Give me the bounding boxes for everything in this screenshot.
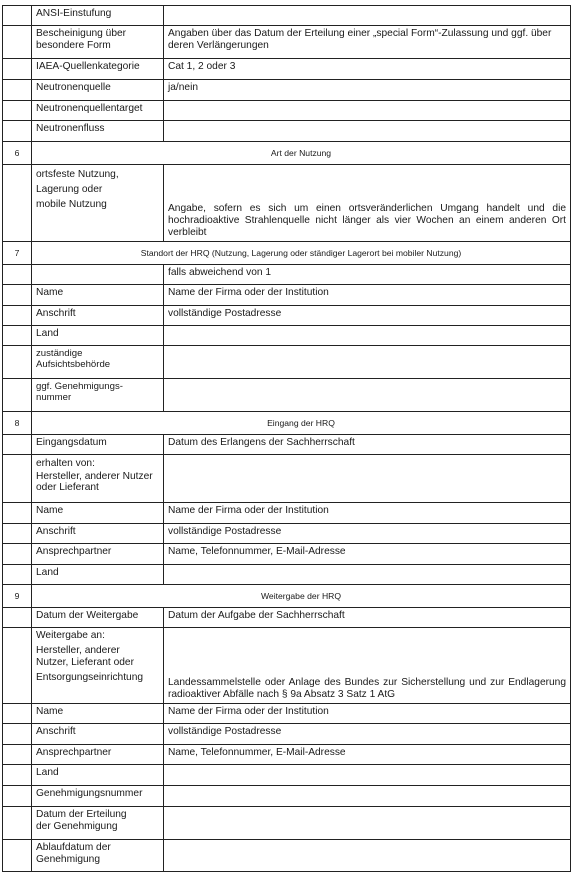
field-label: Ablaufdatum der Genehmigung: [32, 840, 164, 872]
row-neutronenquellentarget: Neutronenquellentarget: [3, 101, 571, 121]
field-label: Anschrift: [32, 524, 164, 544]
label-line: Nutzer, Lieferant oder: [36, 657, 159, 669]
field-value: falls abweichend von 1: [164, 265, 571, 285]
row-weitergabe-ansprechpartner: Ansprechpartner Name, Telefonnummer, E-M…: [3, 745, 571, 765]
row-number: [3, 455, 32, 503]
field-label: Anschrift: [32, 724, 164, 745]
row-number: [3, 121, 32, 142]
field-label: Eingangsdatum: [32, 435, 164, 455]
field-value: Name der Firma oder der Institution: [164, 285, 571, 306]
row-eingang-land: Land: [3, 565, 571, 585]
row-number: [3, 59, 32, 80]
row-number: [3, 840, 32, 872]
row-eingang-name: Name Name der Firma oder der Institution: [3, 503, 571, 524]
field-value: [164, 786, 571, 807]
row-number: [3, 326, 32, 346]
label-line: Lagerung oder: [36, 182, 159, 197]
row-nutzungsart: ortsfeste Nutzung, Lagerung oder mobile …: [3, 165, 571, 242]
row-number: [3, 745, 32, 765]
row-neutronenquelle: Neutronenquelle ja/nein: [3, 80, 571, 101]
row-number: [3, 704, 32, 724]
field-value: [164, 121, 571, 142]
field-label: Neutronenquelle: [32, 80, 164, 101]
field-label: IAEA-Quellenkategorie: [32, 59, 164, 80]
label-line: ggf. Genehmigungs-: [36, 381, 159, 392]
row-number: [3, 101, 32, 121]
row-standort-anschrift: Anschrift vollständige Postadresse: [3, 306, 571, 326]
row-number: [3, 6, 32, 26]
field-label: Genehmigungsnummer: [32, 786, 164, 807]
field-value: vollständige Postadresse: [164, 524, 571, 544]
field-label: ortsfeste Nutzung, Lagerung oder mobile …: [32, 165, 164, 242]
row-neutronenfluss: Neutronenfluss: [3, 121, 571, 142]
field-value: [164, 807, 571, 840]
row-erhalten-von: erhalten von: Hersteller, anderer Nutzer…: [3, 455, 571, 503]
row-number: [3, 724, 32, 745]
field-label: zuständige Aufsichtsbehörde: [32, 346, 164, 379]
field-label: Ansprechpartner: [32, 745, 164, 765]
field-value: Name der Firma oder der Institution: [164, 503, 571, 524]
field-label: Name: [32, 704, 164, 724]
field-value: vollständige Postadresse: [164, 306, 571, 326]
row-number: [3, 807, 32, 840]
field-label: Land: [32, 326, 164, 346]
field-value: [164, 840, 571, 872]
field-label: Bescheinigung über besondere Form: [32, 26, 164, 59]
label-line: zuständige: [36, 348, 159, 359]
field-value: Name der Firma oder der Institution: [164, 704, 571, 724]
field-label: Land: [32, 565, 164, 585]
field-label: Weitergabe an: Hersteller, anderer Nutze…: [32, 628, 164, 704]
label-line: Bescheinigung über: [36, 28, 159, 40]
row-weitergabe-anschrift: Anschrift vollständige Postadresse: [3, 724, 571, 745]
section-title: Eingang der HRQ: [32, 412, 571, 435]
row-eingang-ansprechpartner: Ansprechpartner Name, Telefonnummer, E-M…: [3, 544, 571, 565]
section-header-6: 6 Art der Nutzung: [3, 142, 571, 165]
row-number: [3, 80, 32, 101]
label-line: Datum der Erteilung: [36, 809, 159, 821]
field-value: [164, 101, 571, 121]
hrq-form-table: ANSI-Einstufung Bescheinigung über beson…: [2, 5, 571, 872]
label-line: nummer: [36, 392, 159, 403]
label-line: ortsfeste Nutzung,: [36, 167, 159, 182]
row-number: [3, 524, 32, 544]
field-value: Name, Telefonnummer, E-Mail-Adresse: [164, 544, 571, 565]
row-weitergabe-name: Name Name der Firma oder der Institution: [3, 704, 571, 724]
row-ansi: ANSI-Einstufung: [3, 6, 571, 26]
field-value: [164, 6, 571, 26]
row-iaea: IAEA-Quellenkategorie Cat 1, 2 oder 3: [3, 59, 571, 80]
row-standort-name: Name Name der Firma oder der Institution: [3, 285, 571, 306]
label-line: erhalten von:: [36, 457, 159, 470]
field-value: [164, 379, 571, 412]
field-value: Angaben über das Datum der Erteilung ein…: [164, 26, 571, 59]
row-weitergabe-datum: Datum der Weitergabe Datum der Aufgabe d…: [3, 608, 571, 628]
label-line: besondere Form: [36, 40, 159, 52]
row-number: [3, 565, 32, 585]
row-number: [3, 26, 32, 59]
row-erteilung-genehmigung: Datum der Erteilung der Genehmigung: [3, 807, 571, 840]
label-line: der Genehmigung: [36, 821, 159, 833]
field-value: [164, 765, 571, 786]
section-number: 7: [3, 242, 32, 265]
field-value: [164, 455, 571, 503]
row-number: [3, 379, 32, 412]
section-title: Art der Nutzung: [32, 142, 571, 165]
field-label: Ansprechpartner: [32, 544, 164, 565]
field-label: Name: [32, 503, 164, 524]
row-number: [3, 544, 32, 565]
field-value: Datum des Erlangens der Sachherrschaft: [164, 435, 571, 455]
label-line: mobile Nutzung: [36, 197, 159, 212]
row-number: [3, 346, 32, 379]
row-weitergabe-land: Land: [3, 765, 571, 786]
field-value: Landessammelstelle oder Anlage des Bunde…: [164, 628, 571, 704]
section-number: 6: [3, 142, 32, 165]
field-label: ggf. Genehmigungs- nummer: [32, 379, 164, 412]
row-number: [3, 786, 32, 807]
label-line: Hersteller, anderer: [36, 645, 159, 657]
row-number: [3, 165, 32, 242]
section-header-8: 8 Eingang der HRQ: [3, 412, 571, 435]
row-eingangsdatum: Eingangsdatum Datum des Erlangens der Sa…: [3, 435, 571, 455]
row-number: [3, 306, 32, 326]
field-label: erhalten von: Hersteller, anderer Nutzer…: [32, 455, 164, 503]
row-weitergabe-genehmigungsnummer: Genehmigungsnummer: [3, 786, 571, 807]
field-value: Name, Telefonnummer, E-Mail-Adresse: [164, 745, 571, 765]
field-label: [32, 265, 164, 285]
field-value: Cat 1, 2 oder 3: [164, 59, 571, 80]
section-header-9: 9 Weitergabe der HRQ: [3, 585, 571, 608]
row-genehmigungsnummer-7: ggf. Genehmigungs- nummer: [3, 379, 571, 412]
field-label: ANSI-Einstufung: [32, 6, 164, 26]
field-label: Neutronenquellentarget: [32, 101, 164, 121]
row-bescheinigung: Bescheinigung über besondere Form Angabe…: [3, 26, 571, 59]
section-number: 8: [3, 412, 32, 435]
row-number: [3, 628, 32, 704]
row-number: [3, 285, 32, 306]
row-weitergabe-an: Weitergabe an: Hersteller, anderer Nutze…: [3, 628, 571, 704]
row-standort-land: Land: [3, 326, 571, 346]
label-line: Genehmigung: [36, 854, 159, 866]
label-line: Weitergabe an:: [36, 630, 159, 642]
field-value: Angabe, sofern es sich um einen ortsverä…: [164, 165, 571, 242]
field-value: ja/nein: [164, 80, 571, 101]
field-label: Neutronenfluss: [32, 121, 164, 142]
field-label: Datum der Weitergabe: [32, 608, 164, 628]
section-title: Standort der HRQ (Nutzung, Lagerung oder…: [32, 242, 571, 265]
row-aufsichtsbehoerde: zuständige Aufsichtsbehörde: [3, 346, 571, 379]
row-ablaufdatum-genehmigung: Ablaufdatum der Genehmigung: [3, 840, 571, 872]
section-header-7: 7 Standort der HRQ (Nutzung, Lagerung od…: [3, 242, 571, 265]
section-number: 9: [3, 585, 32, 608]
field-label: Datum der Erteilung der Genehmigung: [32, 807, 164, 840]
field-value: [164, 346, 571, 379]
row-eingang-anschrift: Anschrift vollständige Postadresse: [3, 524, 571, 544]
field-value: Datum der Aufgabe der Sachherrschaft: [164, 608, 571, 628]
field-value: [164, 565, 571, 585]
label-line: Entsorgungseinrichtung: [36, 672, 159, 684]
row-number: [3, 503, 32, 524]
label-line: Aufsichtsbehörde: [36, 359, 159, 370]
field-label: Land: [32, 765, 164, 786]
field-value: [164, 326, 571, 346]
section-title: Weitergabe der HRQ: [32, 585, 571, 608]
row-standort-note: falls abweichend von 1: [3, 265, 571, 285]
field-label: Anschrift: [32, 306, 164, 326]
field-value: vollständige Postadresse: [164, 724, 571, 745]
row-number: [3, 435, 32, 455]
row-number: [3, 765, 32, 786]
field-label: Name: [32, 285, 164, 306]
row-number: [3, 608, 32, 628]
row-number: [3, 265, 32, 285]
label-line: Ablaufdatum der: [36, 842, 159, 854]
